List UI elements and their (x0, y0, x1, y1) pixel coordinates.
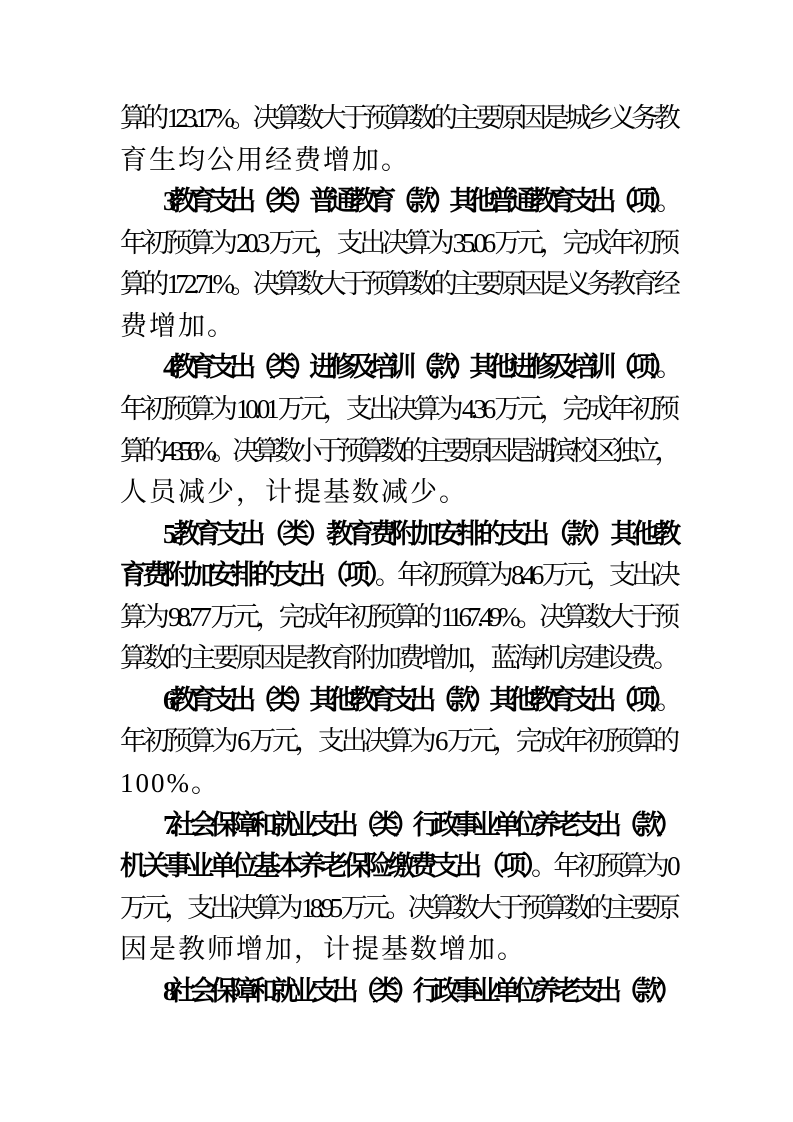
text-line: 费增加。 (120, 306, 676, 348)
text-line: 机关事业单位基本养老保险缴费支出（项）。年初预算为 0 (120, 846, 676, 888)
line-content: 6.教育支出（类）其他教育支出（款）其他教育支出（项）。 (163, 685, 676, 715)
line-content: 育费附加安排的支出（项）。年初预算为 8.46 万元，支出决 (120, 560, 676, 590)
text-segment: 年初预算为 10.01 万元，支出决算为 4.36 万元，完成年初预 (120, 394, 676, 424)
line-content: 8.社会保障和就业支出（类）行政事业单位养老支出（款） (163, 976, 676, 1006)
text-line: 8.社会保障和就业支出（类）行政事业单位养老支出（款） (120, 971, 676, 1013)
text-segment: 算的 172.71%。决算数大于预算数的主要原因是义务教育经 (120, 269, 676, 299)
text-segment: 人员减少，计提基数减少。 (120, 477, 468, 507)
text-segment: 育生均公用经费增加。 (120, 145, 410, 175)
line-content: 5.教育支出（类）教育费附加安排的支出（款）其他教 (163, 519, 676, 549)
text-line: 算的 43.56%。决算数小于预算数的主要原因是湖滨校区独立， (120, 431, 676, 473)
text-line: 年初预算为 20.3 万元，支出决算为 35.06 万元，完成年初预 (120, 223, 676, 265)
line-content: 机关事业单位基本养老保险缴费支出（项）。年初预算为 0 (120, 851, 676, 881)
line-content: 费增加。 (120, 311, 236, 341)
bold-text-segment: 3.教育支出（类）普通教育（款）其他普通教育支出（项） (163, 186, 656, 216)
text-segment: 100%。 (120, 768, 220, 798)
text-segment: 。 (656, 352, 676, 382)
text-segment: 。 (656, 186, 676, 216)
document-page: 算的 123.17%。决算数大于预算数的主要原因是城乡义务教育生均公用经费增加。… (0, 0, 793, 1122)
text-line: 算数的主要原因是教育附加费增加，蓝海机房建设费。 (120, 638, 676, 680)
text-segment: 算数的主要原因是教育附加费增加，蓝海机房建设费。 (120, 643, 676, 673)
line-content: 算的 172.71%。决算数大于预算数的主要原因是义务教育经 (120, 269, 676, 299)
bold-text-segment: 育费附加安排的支出（项） (120, 560, 375, 590)
line-content: 7.社会保障和就业支出（类）行政事业单位养老支出（款） (163, 810, 676, 840)
line-content: 因是教师增加，计提基数增加。 (120, 934, 526, 964)
bold-text-segment: 8.社会保障和就业支出（类）行政事业单位养老支出（款） (163, 976, 676, 1006)
text-line: 算的 172.71%。决算数大于预算数的主要原因是义务教育经 (120, 264, 676, 306)
line-content: 3.教育支出（类）普通教育（款）其他普通教育支出（项）。 (163, 186, 676, 216)
text-segment: 因是教师增加，计提基数增加。 (120, 934, 526, 964)
text-line: 6.教育支出（类）其他教育支出（款）其他教育支出（项）。 (120, 680, 676, 722)
line-content: 育生均公用经费增加。 (120, 145, 410, 175)
text-line: 算为 98.77 万元，完成年初预算的 1167.49%。决算数大于预 (120, 597, 676, 639)
text-line: 7.社会保障和就业支出（类）行政事业单位养老支出（款） (120, 805, 676, 847)
line-content: 人员减少，计提基数减少。 (120, 477, 468, 507)
text-segment: 。 (656, 685, 676, 715)
text-line: 人员减少，计提基数减少。 (120, 472, 676, 514)
bold-text-segment: 6.教育支出（类）其他教育支出（款）其他教育支出（项） (163, 685, 656, 715)
text-line: 因是教师增加，计提基数增加。 (120, 929, 676, 971)
line-content: 算数的主要原因是教育附加费增加，蓝海机房建设费。 (120, 643, 676, 673)
line-content: 4.教育支出（类）进修及培训（款）其他进修及培训（项）。 (163, 352, 676, 382)
text-segment: 算为 98.77 万元，完成年初预算的 1167.49%。决算数大于预 (120, 602, 676, 632)
text-segment: 算的 43.56%。决算数小于预算数的主要原因是湖滨校区独立， (120, 436, 676, 466)
text-line: 年初预算为 6 万元，支出决算为 6 万元，完成年初预算的 (120, 721, 676, 763)
text-line: 育生均公用经费增加。 (120, 140, 676, 182)
line-content: 万元，支出决算为 18.95 万元。决算数大于预算数的主要原 (120, 893, 676, 923)
text-segment: 费增加。 (120, 311, 236, 341)
text-segment: 年初预算为 6 万元，支出决算为 6 万元，完成年初预算的 (120, 726, 676, 756)
line-content: 算的 43.56%。决算数小于预算数的主要原因是湖滨校区独立， (120, 436, 676, 466)
text-segment: 万元，支出决算为 18.95 万元。决算数大于预算数的主要原 (120, 893, 676, 923)
text-line: 算的 123.17%。决算数大于预算数的主要原因是城乡义务教 (120, 98, 676, 140)
text-line: 年初预算为 10.01 万元，支出决算为 4.36 万元，完成年初预 (120, 389, 676, 431)
text-line: 万元，支出决算为 18.95 万元。决算数大于预算数的主要原 (120, 888, 676, 930)
text-segment: 。年初预算为 8.46 万元，支出决 (375, 560, 676, 590)
text-line: 4.教育支出（类）进修及培训（款）其他进修及培训（项）。 (120, 347, 676, 389)
text-line: 5.教育支出（类）教育费附加安排的支出（款）其他教 (120, 514, 676, 556)
line-content: 年初预算为 20.3 万元，支出决算为 35.06 万元，完成年初预 (120, 228, 676, 258)
document-body: 算的 123.17%。决算数大于预算数的主要原因是城乡义务教育生均公用经费增加。… (120, 98, 676, 1012)
text-line: 100%。 (120, 763, 676, 805)
text-segment: 年初预算为 20.3 万元，支出决算为 35.06 万元，完成年初预 (120, 228, 676, 258)
text-line: 3.教育支出（类）普通教育（款）其他普通教育支出（项）。 (120, 181, 676, 223)
line-content: 算为 98.77 万元，完成年初预算的 1167.49%。决算数大于预 (120, 602, 676, 632)
bold-text-segment: 机关事业单位基本养老保险缴费支出（项） (120, 851, 531, 881)
line-content: 年初预算为 10.01 万元，支出决算为 4.36 万元，完成年初预 (120, 394, 676, 424)
line-content: 100%。 (120, 768, 220, 798)
text-segment: 。年初预算为 0 (531, 851, 676, 881)
bold-text-segment: 7.社会保障和就业支出（类）行政事业单位养老支出（款） (163, 810, 676, 840)
line-content: 年初预算为 6 万元，支出决算为 6 万元，完成年初预算的 (120, 726, 676, 756)
bold-text-segment: 4.教育支出（类）进修及培训（款）其他进修及培训（项） (163, 352, 656, 382)
line-content: 算的 123.17%。决算数大于预算数的主要原因是城乡义务教 (120, 103, 676, 133)
text-segment: 算的 123.17%。决算数大于预算数的主要原因是城乡义务教 (120, 103, 676, 133)
text-line: 育费附加安排的支出（项）。年初预算为 8.46 万元，支出决 (120, 555, 676, 597)
bold-text-segment: 5.教育支出（类）教育费附加安排的支出（款）其他教 (163, 519, 676, 549)
